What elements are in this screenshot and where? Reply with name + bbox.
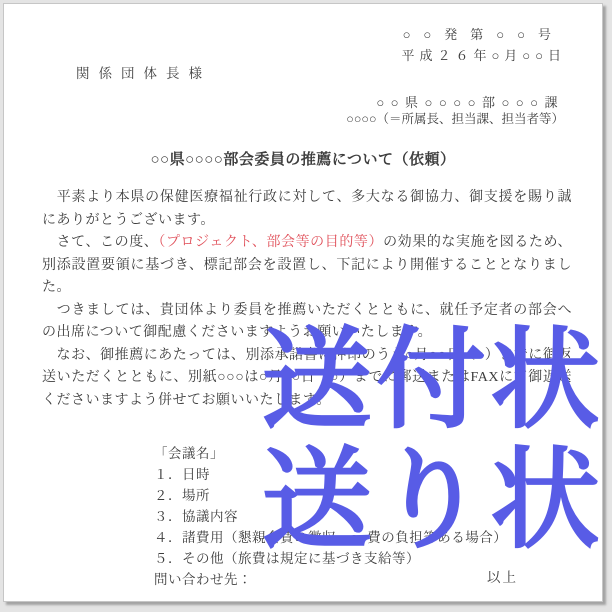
addressee: 関係団体長様 <box>76 62 211 82</box>
meeting-outline: 「会議名」 １．日時 ２．場所 ３．協議内容 ４．諸費用（懇親会費の徴収、○○費… <box>154 443 507 590</box>
closing-ijou: 以上 <box>487 566 518 586</box>
document-page: ○○発第○○号 平成２６年○月○○日 関係団体長様 ○○県○○○○部○○○課 ○… <box>3 3 603 602</box>
document-date: 平成２６年○月○○日 <box>401 45 566 64</box>
document-title: ○○県○○○○部会委員の推薦について（依頼） <box>4 148 602 169</box>
document-number: ○○発第○○号 <box>403 24 564 43</box>
placeholder-red-text: （プロジェクト、部会等の目的等） <box>158 235 383 250</box>
agenda-item-other: ５．その他（旅費は規定に基づき支給等） <box>154 548 507 569</box>
sender-contact-note: ○○○○（＝所属長、担当課、担当者等） <box>346 111 564 128</box>
agenda-item-datetime: １．日時 <box>154 464 507 485</box>
paragraph-purpose: さて、この度、（プロジェクト、部会等の目的等）の効果的な実施を図るため、別添設置… <box>42 232 572 300</box>
paragraph-greeting: 平素より本県の保健医療福祉行政に対して、多大なる御協力、御支援を賜り誠にありがと… <box>42 187 572 232</box>
agenda-item-place: ２．場所 <box>154 485 507 506</box>
agenda-item-expenses: ４．諸費用（懇親会費の徴収、○○費の負担等ある場合） <box>154 527 507 548</box>
contact-label: 問い合わせ先： <box>154 569 507 590</box>
meeting-name-heading: 「会議名」 <box>154 443 507 464</box>
paragraph-deadline: なお、御推薦にあたっては、別添承諾書に押印のうえ○月○○日（○）までに御返送いた… <box>42 345 572 413</box>
sender-department: ○○県○○○○部○○○課 <box>346 94 564 111</box>
letter-body: 平素より本県の保健医療福祉行政に対して、多大なる御協力、御支援を賜り誠にありがと… <box>42 187 572 412</box>
paragraph-request: つきましては、貴団体より委員を推薦いただくとともに、就任予定者の部会への出席につ… <box>42 300 572 345</box>
agenda-item-topics: ３．協議内容 <box>154 506 507 527</box>
paragraph-purpose-pre: さて、この度、 <box>42 235 158 250</box>
sender-block: ○○県○○○○部○○○課 ○○○○（＝所属長、担当課、担当者等） <box>346 94 564 128</box>
